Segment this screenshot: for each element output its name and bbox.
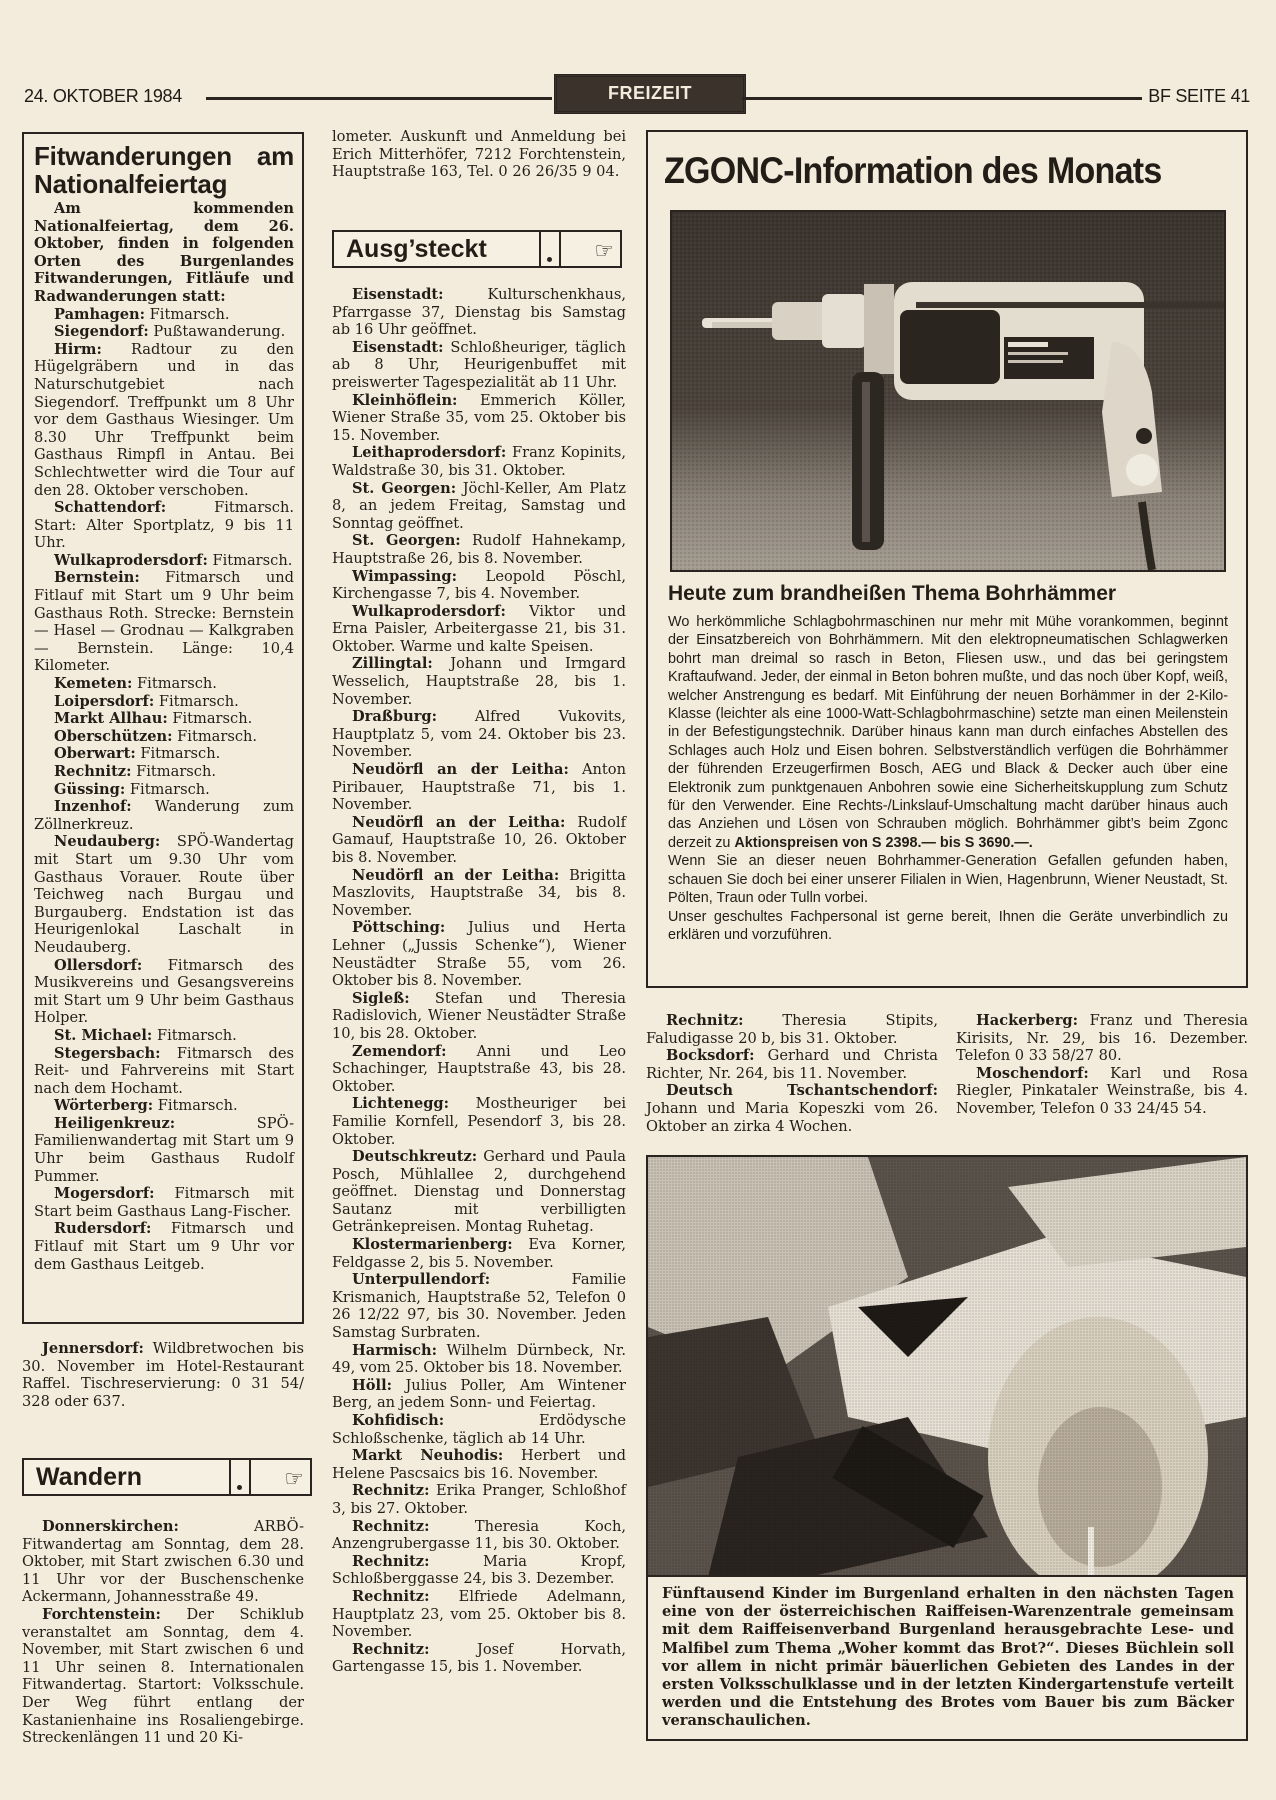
- continuation-text: lometer. Auskunft und Anmeldung bei Eric…: [332, 128, 626, 181]
- entry-place: Rechnitz:: [352, 1553, 429, 1570]
- entry-text: Fitmarsch.: [208, 552, 293, 569]
- photo-caption: Fünftausend Kinder im Burgenland erhalte…: [646, 1575, 1248, 1741]
- list-item: Rechnitz: Fitmarsch.: [34, 763, 294, 781]
- entry-place: Loipersdorf:: [54, 693, 154, 710]
- list-item: Siegendorf: Pußtawanderung.: [34, 323, 294, 341]
- entry-text: Pußtawanderung.: [149, 323, 286, 340]
- list-item: Donnerskirchen: ARBÖ-Fitwandertag am Son…: [22, 1518, 304, 1606]
- entry-place: Inzenhof:: [54, 798, 132, 815]
- list-item: Rechnitz: Maria Kropf, Schloßberggasse 2…: [332, 1553, 626, 1588]
- list-item: Heiligenkreuz: SPÖ-Familienwandertag mit…: [34, 1115, 294, 1185]
- ausgsteckt-tag-label: Ausg’steckt: [346, 235, 487, 263]
- page-header: 24. OKTOBER 1984 FREIZEIT BF SEITE 41: [24, 74, 1250, 118]
- entry-place: St. Georgen:: [352, 480, 456, 497]
- ad-paragraph: Unser geschultes Fachpersonal ist gerne …: [668, 908, 1228, 945]
- list-item: Neudauberg: SPÖ-Wandertag mit Start um 9…: [34, 833, 294, 956]
- ad-body: Wo herkömmliche Schlagbohrmaschinen nur …: [668, 613, 1228, 944]
- entry-text: Fitmarsch.: [154, 693, 239, 710]
- entry-place: Lichtenegg:: [352, 1095, 449, 1112]
- list-item: Höll: Julius Poller, Am Wintener Berg, a…: [332, 1377, 626, 1412]
- entry-place: Rechnitz:: [352, 1588, 429, 1605]
- list-item: Rechnitz: Theresia Stipits, Faludigasse …: [646, 1012, 938, 1047]
- list-item: St. Georgen: Jöchl-Keller, Am Platz 8, a…: [332, 480, 626, 533]
- list-item: Ollersdorf: Fitmarsch des Musikvereins u…: [34, 957, 294, 1027]
- entry-place: Stegersbach:: [54, 1045, 161, 1062]
- fitwanderungen-intro: Am kommenden Nationalfeiertag, dem 26. O…: [34, 200, 294, 306]
- list-item: Hirm: Radtour zu den Hügelgräbern und in…: [34, 341, 294, 499]
- list-item: Rechnitz: Elfriede Adelmann, Hauptplatz …: [332, 1588, 626, 1641]
- entry-place: Rechnitz:: [352, 1641, 429, 1658]
- list-item: Pöttsching: Julius und Herta Lehner („Ju…: [332, 919, 626, 989]
- entry-place: Rechnitz:: [666, 1012, 743, 1029]
- list-item: Rechnitz: Erika Pranger, Schloßhof 3, bi…: [332, 1482, 626, 1517]
- wandern-section-tag: Wandern ☞: [22, 1458, 312, 1496]
- entry-place: Unterpullendorf:: [352, 1271, 490, 1288]
- entry-place: Klostermarienberg:: [352, 1236, 513, 1253]
- entry-place: Kleinhöflein:: [352, 392, 457, 409]
- page-number: BF SEITE 41: [1148, 86, 1250, 107]
- entry-place: Siegendorf:: [54, 323, 149, 340]
- list-item: Zemendorf: Anni und Leo Schachinger, Hau…: [332, 1043, 626, 1096]
- list-item: Kleinhöflein: Emmerich Köller, Wiener St…: [332, 392, 626, 445]
- entry-place: Oberschützen:: [54, 728, 173, 745]
- zgonc-advertisement: ZGONC-Information des Monats: [646, 130, 1248, 988]
- entry-place: Bernstein:: [54, 569, 140, 586]
- entry-place: Eisenstadt:: [352, 286, 444, 303]
- ausgsteckt-continued-right: Hackerberg: Franz und Theresia Kirisits,…: [956, 1012, 1248, 1118]
- hammer-drill-illustration: [672, 212, 1224, 570]
- list-item: Eisenstadt: Kulturschenkhaus, Pfarrgasse…: [332, 286, 626, 339]
- entry-place: Güssing:: [54, 781, 125, 798]
- wandern-continuation: lometer. Auskunft und Anmeldung bei Eric…: [332, 128, 626, 181]
- entry-place: Draßburg:: [352, 708, 437, 725]
- list-item: Leithaprodersdorf: Franz Kopinits, Walds…: [332, 444, 626, 479]
- entry-place: Wörterberg:: [54, 1097, 153, 1114]
- list-item: Bernstein: Fitmarsch und Fitlauf mit Sta…: [34, 569, 294, 675]
- list-item: Neudörfl an der Leitha: Brigitta Maszlov…: [332, 867, 626, 920]
- list-item: Deutschkreutz: Gerhard und Paula Posch, …: [332, 1148, 626, 1236]
- entry-place: Rudersdorf:: [54, 1220, 151, 1237]
- entry-place: Moschendorf:: [976, 1065, 1089, 1082]
- wandern-tag-label: Wandern: [36, 1463, 142, 1491]
- wandern-list: Donnerskirchen: ARBÖ-Fitwandertag am Son…: [22, 1518, 304, 1747]
- entry-place: Höll:: [352, 1377, 392, 1394]
- entry-place: Ollersdorf:: [54, 957, 142, 974]
- entry-place: Hackerberg:: [976, 1012, 1078, 1029]
- entry-place: Zemendorf:: [352, 1043, 447, 1060]
- entry-place: Heiligenkreuz:: [54, 1115, 175, 1132]
- entry-place: Donnerskirchen:: [42, 1518, 179, 1535]
- entry-place: Neudörfl an der Leitha:: [352, 814, 565, 831]
- ad-title: ZGONC-Information des Monats: [664, 150, 1185, 192]
- list-item: Draßburg: Alfred Vukovits, Hauptplatz 5,…: [332, 708, 626, 761]
- entry-place: Sigleß:: [352, 990, 410, 1007]
- entry-place: Bocksdorf:: [666, 1047, 755, 1064]
- list-item: Bocksdorf: Gerhard und Christa Richter, …: [646, 1047, 938, 1082]
- list-item: Deutsch Tschantschendorf: Johann und Mar…: [646, 1082, 938, 1135]
- entry-text: SPÖ-Wandertag mit Start um 9.30 Uhr vom …: [34, 833, 294, 956]
- entry-place: Oberwart:: [54, 745, 136, 762]
- jennersdorf-notice: Jennersdorf: Wildbretwochen bis 30. Nove…: [22, 1340, 304, 1410]
- entry-place: Wulkaprodersdorf:: [54, 552, 208, 569]
- entry-text: Fitmarsch.: [153, 1097, 238, 1114]
- list-item: Forchtenstein: Der Schiklub veranstaltet…: [22, 1606, 304, 1747]
- ad-paragraph: Wo herkömmliche Schlagbohrmaschinen nur …: [668, 613, 1228, 852]
- entry-place: Jennersdorf:: [42, 1340, 144, 1357]
- entry-place: Zillingtal:: [352, 655, 433, 672]
- entry-place: Markt Neuhodis:: [352, 1447, 503, 1464]
- children-photo: [646, 1155, 1248, 1575]
- list-item: Unterpullendorf: Familie Krismanich, Hau…: [332, 1271, 626, 1341]
- entry-place: Hirm:: [54, 341, 102, 358]
- issue-date: 24. OKTOBER 1984: [24, 86, 182, 107]
- list-item: Kemeten: Fitmarsch.: [34, 675, 294, 693]
- dot-icon: [237, 1485, 242, 1490]
- entry-place: Mogersdorf:: [54, 1185, 155, 1202]
- list-item: St. Michael: Fitmarsch.: [34, 1027, 294, 1045]
- pointing-hand-icon: ☞: [284, 1462, 304, 1496]
- list-item: Mogersdorf: Fitmarsch mit Start beim Gas…: [34, 1185, 294, 1220]
- entry-place: Forchtenstein:: [42, 1606, 161, 1623]
- list-item: Rudersdorf: Fitmarsch und Fitlauf mit St…: [34, 1220, 294, 1273]
- tag-divider: [539, 230, 561, 268]
- entry-place: Wulkaprodersdorf:: [352, 603, 506, 620]
- header-rule-right: [742, 97, 1142, 100]
- ad-price: Aktionspreisen von S 2398.— bis S 3690.—…: [734, 835, 1032, 851]
- ausgsteckt-section-tag: Ausg’steckt ☞: [332, 230, 622, 268]
- ad-paragraph: Wenn Sie an dieser neuen Bohrhammer-Gene…: [668, 852, 1228, 907]
- list-item: St. Georgen: Rudolf Hahnekamp, Hauptstra…: [332, 532, 626, 567]
- entry-text: Fitmarsch.: [168, 710, 253, 727]
- list-item: Neudörfl an der Leitha: Anton Piribauer,…: [332, 761, 626, 814]
- entry-text: Fitmarsch.: [132, 675, 217, 692]
- list-item: Pamhagen: Fitmarsch.: [34, 306, 294, 324]
- section-badge: FREIZEIT: [554, 74, 746, 114]
- entry-text: Radtour zu den Hügelgräbern und in das N…: [34, 341, 294, 499]
- entry-place: Neudörfl an der Leitha:: [352, 761, 569, 778]
- entry-place: Pamhagen:: [54, 306, 145, 323]
- entry-place: Wimpassing:: [352, 568, 457, 585]
- list-item: Hackerberg: Franz und Theresia Kirisits,…: [956, 1012, 1248, 1065]
- list-item: Güssing: Fitmarsch.: [34, 781, 294, 799]
- entry-place: Rechnitz:: [54, 763, 131, 780]
- list-item: Inzenhof: Wanderung zum Zöllnerkreuz.: [34, 798, 294, 833]
- list-item: Eisenstadt: Schloßheuriger, täglich ab 8…: [332, 339, 626, 392]
- entry-place: St. Michael:: [54, 1027, 152, 1044]
- list-item: Markt Neuhodis: Herbert und Helene Pascs…: [332, 1447, 626, 1482]
- list-item: Neudörfl an der Leitha: Rudolf Gamauf, H…: [332, 814, 626, 867]
- header-rule-left: [206, 97, 552, 100]
- ausgsteckt-continued-left: Rechnitz: Theresia Stipits, Faludigasse …: [646, 1012, 938, 1135]
- entry-place: Harmisch:: [352, 1342, 437, 1359]
- entry-text: Johann und Maria Kopeszki vom 26. Oktobe…: [646, 1100, 938, 1135]
- entry-place: Markt Allhau:: [54, 710, 168, 727]
- entry-place: Deutsch Tschantschendorf:: [666, 1082, 938, 1099]
- entry-place: Rechnitz:: [352, 1518, 429, 1535]
- list-item: Wulkaprodersdorf: Viktor und Erna Paisle…: [332, 603, 626, 656]
- entry-place: Deutschkreutz:: [352, 1148, 477, 1165]
- entry-place: Leithaprodersdorf:: [352, 444, 506, 461]
- entry-place: Rechnitz:: [352, 1482, 429, 1499]
- list-item: Markt Allhau: Fitmarsch.: [34, 710, 294, 728]
- entry-text: Fitmarsch.: [136, 745, 221, 762]
- entry-place: Neudörfl an der Leitha:: [352, 867, 559, 884]
- entry-text: Fitmarsch.: [131, 763, 216, 780]
- entry-place: Pöttsching:: [352, 919, 445, 936]
- list-item: Schattendorf: Fitmarsch. Start: Alter Sp…: [34, 499, 294, 552]
- entry-place: Schattendorf:: [54, 499, 166, 516]
- list-item: Stegersbach: Fitmarsch des Reit- und Fah…: [34, 1045, 294, 1098]
- list-item: Rechnitz: Theresia Koch, Anzengrubergass…: [332, 1518, 626, 1553]
- fitwanderungen-list: Pamhagen: Fitmarsch.Siegendorf: Pußtawan…: [34, 306, 294, 1274]
- list-item: Zillingtal: Johann und Irmgard Wesselich…: [332, 655, 626, 708]
- list-item: Wulkaprodersdorf: Fitmarsch.: [34, 552, 294, 570]
- entry-place: Kohfidisch:: [352, 1412, 444, 1429]
- ad-subtitle: Heute zum brandheißen Thema Bohrhämmer: [668, 582, 1116, 606]
- tag-divider: [229, 1458, 251, 1496]
- list-item: Lichtenegg: Mostheuriger bei Familie Kor…: [332, 1095, 626, 1148]
- pointing-hand-icon: ☞: [594, 234, 614, 268]
- entry-place: Kemeten:: [54, 675, 132, 692]
- list-item: Wimpassing: Leopold Pöschl, Kirchengasse…: [332, 568, 626, 603]
- entry-text: Fitmarsch.: [173, 728, 258, 745]
- list-item: Oberschützen: Fitmarsch.: [34, 728, 294, 746]
- entry-text: Fitmarsch.: [125, 781, 210, 798]
- list-item: Harmisch: Wilhelm Dürnbeck, Nr. 49, vom …: [332, 1342, 626, 1377]
- dot-icon: [547, 257, 552, 262]
- ausgsteckt-list: Eisenstadt: Kulturschenkhaus, Pfarrgasse…: [332, 286, 626, 1676]
- ad-text: Wo herkömmliche Schlagbohrmaschinen nur …: [668, 614, 1228, 851]
- list-item: Loipersdorf: Fitmarsch.: [34, 693, 294, 711]
- entry-place: St. Georgen:: [352, 532, 461, 549]
- fitwanderungen-title: Fitwanderungen am Nationalfeiertag: [34, 142, 294, 198]
- entry-place: Eisenstadt:: [352, 339, 444, 356]
- list-item: Oberwart: Fitmarsch.: [34, 745, 294, 763]
- list-item: Wörterberg: Fitmarsch.: [34, 1097, 294, 1115]
- list-item: Kohfidisch: Erdödysche Schloßschenke, tä…: [332, 1412, 626, 1447]
- fitwanderungen-box: Fitwanderungen am Nationalfeiertag Am ko…: [22, 132, 304, 1324]
- entry-place: Neudauberg:: [54, 833, 160, 850]
- entry-text: Der Schiklub veranstaltet am Sonntag, de…: [22, 1606, 304, 1746]
- list-item: Moschendorf: Karl und Rosa Riegler, Pink…: [956, 1065, 1248, 1118]
- list-item: Klostermarienberg: Eva Korner, Feldgasse…: [332, 1236, 626, 1271]
- children-painting-illustration: [648, 1157, 1246, 1575]
- entry-text: Fitmarsch.: [145, 306, 230, 323]
- list-item: Rechnitz: Josef Horvath, Gartengasse 15,…: [332, 1641, 626, 1676]
- drill-photo: [670, 210, 1226, 572]
- entry-text: Fitmarsch.: [152, 1027, 237, 1044]
- list-item: Sigleß: Stefan und Theresia Radislovich,…: [332, 990, 626, 1043]
